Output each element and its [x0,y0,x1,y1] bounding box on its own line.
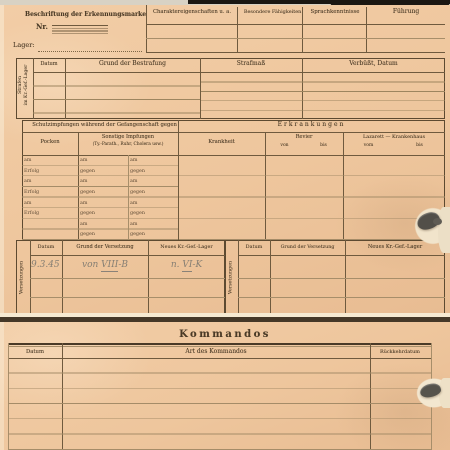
impfungen-col-sonstige-sub: (Ty.-Parath., Ruhr, Cholera usw.) [92,142,164,147]
versetzungen-side-label-right: Versetzungen [228,250,235,306]
erkrankungen-header: Erkrankungen [178,122,445,129]
strafen-col-verbuesst: Verbüßt, Datum [302,61,445,68]
kommandos-rows [8,358,431,450]
erkrankungen-rows [179,155,445,240]
torn-paper-edge-2 [439,378,450,408]
kommandos-col-rueckkehr: Rückkehrdatum [375,350,424,355]
strafen-rows-left [33,73,200,118]
versetzungen-col-neues: Neues Kr.-Gef.-Lager [155,245,218,250]
impfungen-header: Schutzimpfungen während der Gefangenscha… [32,122,168,128]
tag-nr-label: Nr. [36,23,48,31]
pocken-row-labels: am Erfolg am Erfolg am Erfolg [24,155,76,240]
lager-blank-line [38,43,142,52]
versetzungen-col-grund: Grund der Versetzung [68,244,141,250]
impfungen-col-pocken: Pocken [25,139,74,145]
entry-neues-lager: n. VI-K [148,260,225,270]
erkrankungen-lazarett-vom: vom [349,143,387,148]
traits-col-sprachen: Sprachkenntnisse [306,9,364,15]
strafen-rows-right [201,73,445,118]
strafen-col-grund: Grund der Bestrafung [65,61,200,68]
kommandos-card: Kommandos Datum Art des Kommandos Rückke… [0,322,450,450]
versetzungen-col-datum: Datum [33,245,59,250]
strafen-col-datum: Datum [35,61,62,67]
scanned-pow-record: Beschriftung der Erkennungsmarke Nr. Lag… [0,0,450,450]
erkrankungen-col-revier: Revier [271,134,337,140]
personalkarte-card: Beschriftung der Erkennungsmarke Nr. Lag… [0,5,450,317]
paper-edge-left-2 [0,322,4,450]
kommandos-title: Kommandos [0,329,450,340]
lager-label: Lager: [13,42,35,49]
paper-edge-left [0,5,4,317]
kommandos-col-datum: Datum [11,349,59,355]
versetzungen-col-grund-r: Grund der Versetzung [278,245,338,250]
strafen-col-strafmass: Strafmaß [200,61,302,68]
traits-col-charakter: Charaktereigenschaften u. a. [152,9,233,15]
impfungen-col-sonstige: Sonstige Impfungen [86,134,171,140]
entry-datum: 9.3.45 [31,260,60,270]
erkrankungen-col-krankheit: Krankheit [183,139,260,145]
erkrankungen-revier-von: von [270,143,299,148]
traits-col-fuehrung: Führung [367,9,445,16]
sonstige-b-row-labels: am gegen am gegen am gegen am gegen [130,155,176,240]
versetzungen-col-datum-r: Datum [241,245,267,250]
versetzungen-side-label-left: Versetzungen [19,250,26,306]
kommandos-col-art: Art des Kommandos [62,349,370,356]
sonstige-a-row-labels: am gegen am gegen am gegen am gegen [80,155,126,240]
tag-block-title: Beschriftung der Erkennungsmarke [25,11,141,18]
strafen-side-label: Strafen im Kr.-Gef.-Lager [17,56,33,114]
erkrankungen-revier-bis: bis [309,143,338,148]
traits-col-faehigkeiten: Besondere Fähigkeiten [244,10,297,15]
fastener-tail [433,218,442,225]
entry-grund: von VIII-B [62,260,148,270]
erkrankungen-col-lazarett: Lazarett — Krankenhaus [352,135,436,140]
erkrankungen-lazarett-bis: bis [400,143,438,148]
torn-paper-edge [438,207,450,253]
tag-nr-blank-lines [52,25,108,36]
